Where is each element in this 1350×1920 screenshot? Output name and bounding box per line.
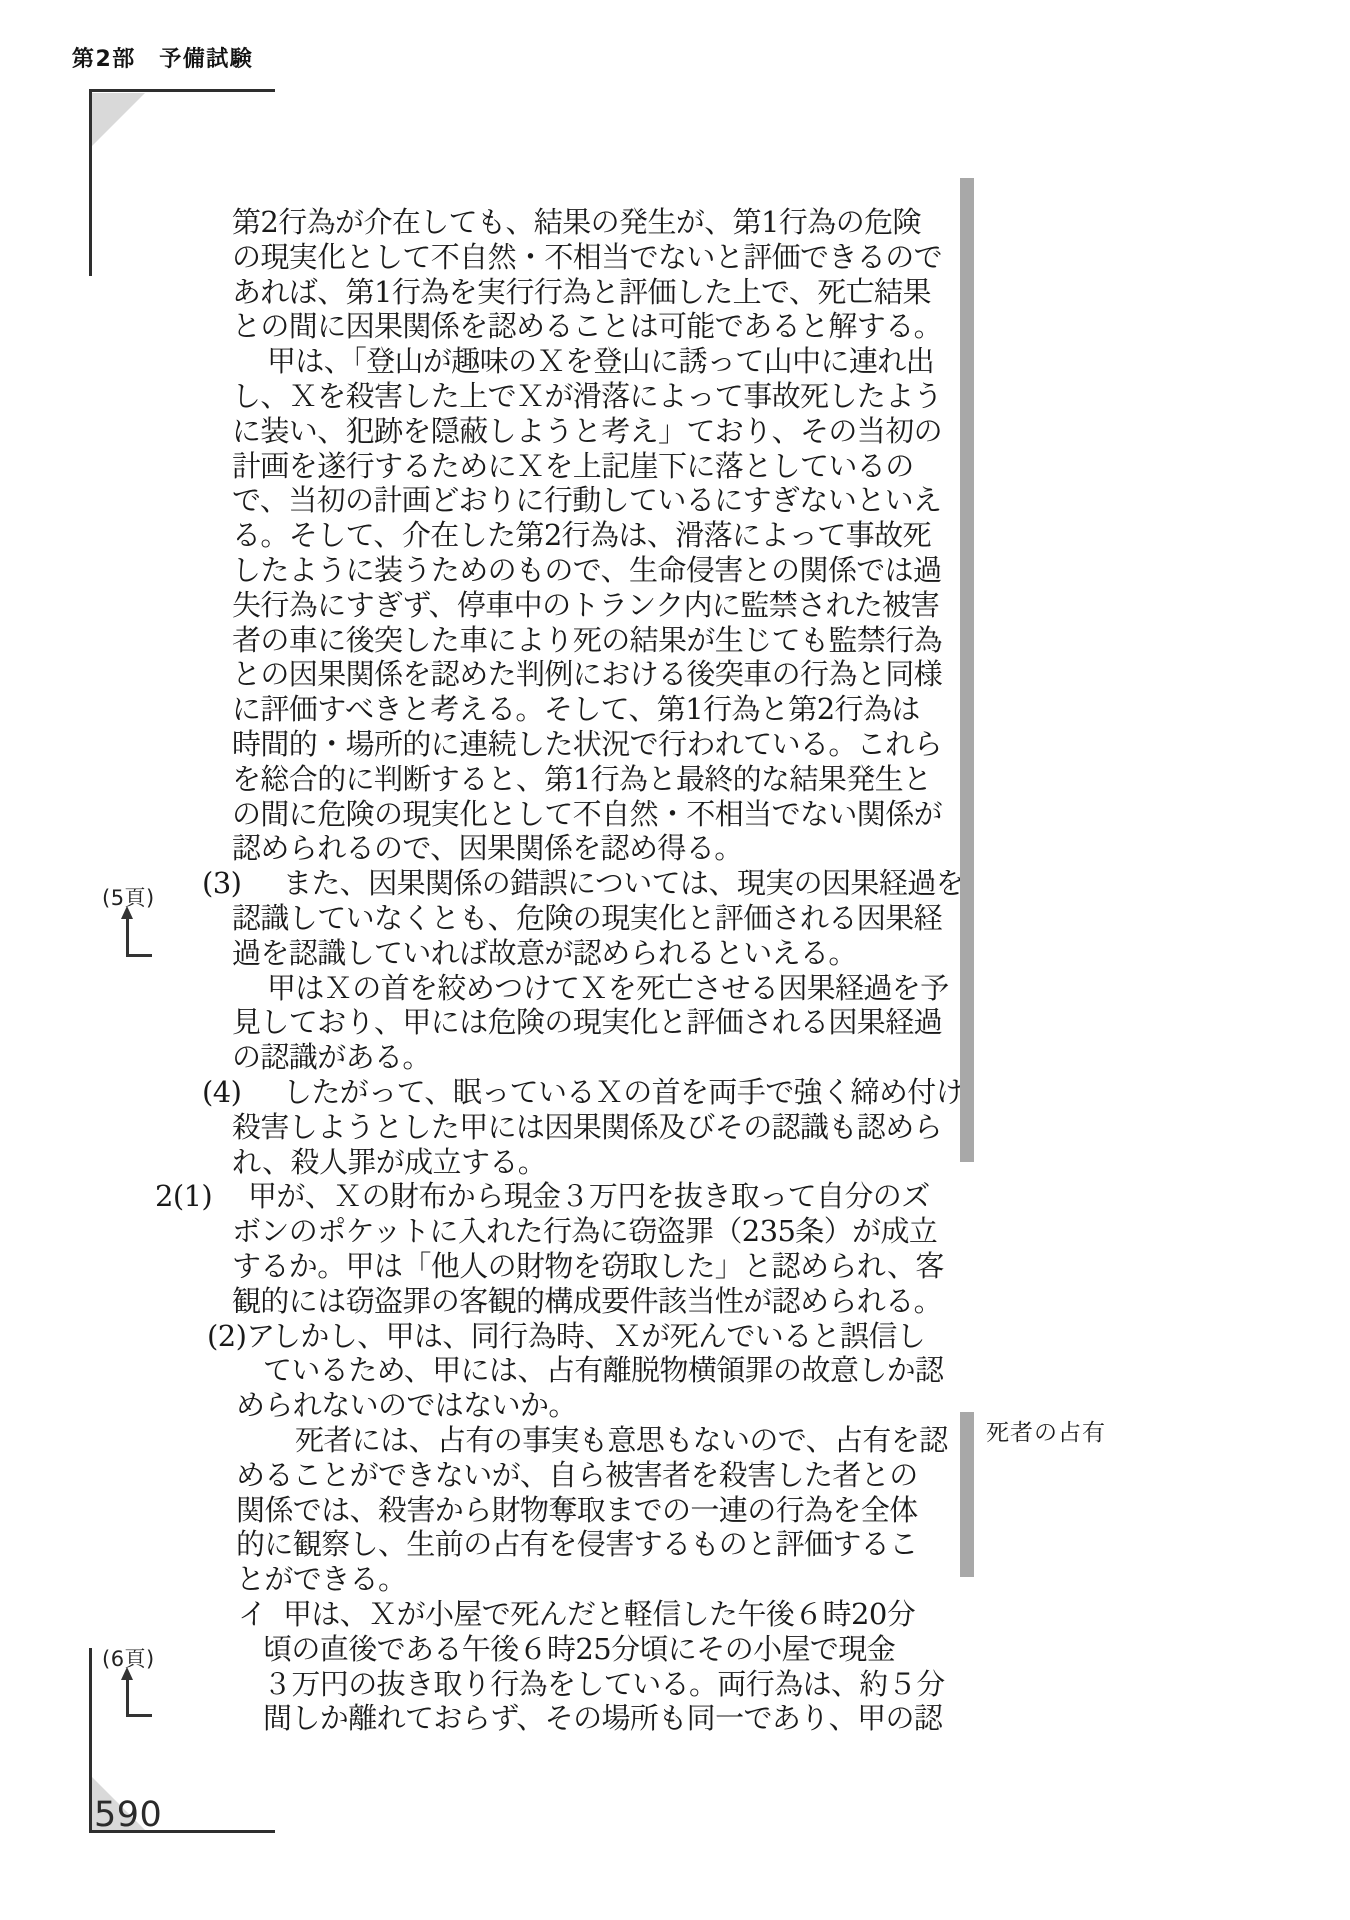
line-text: ボンのポケットに入れた行為に窃盗罪（235条）が成立 xyxy=(232,1215,937,1247)
text-line: に装い、犯跡を隠蔽しようと考え」ており、その当初の xyxy=(0,415,1350,447)
line-text: ３万円の抜き取り行為をしている。両行為は、約５分 xyxy=(263,1668,945,1700)
line-text: 殺害しようとした甲には因果関係及びその認識も認めら xyxy=(232,1111,942,1143)
line-text: 頃の直後である午後６時25分頃にその小屋で現金 xyxy=(263,1633,895,1665)
line-text: 者の車に後突した車により死の結果が生じても監禁行為 xyxy=(232,624,942,656)
line-text: し、Ｘを殺害した上でＸが滑落によって事故死したよう xyxy=(232,380,942,412)
page-ref-5-arrow-stem xyxy=(126,917,129,957)
text-line: ているため、甲には、占有離脱物横領罪の故意しか認 xyxy=(0,1354,1350,1386)
line-text: 過を認識していれば故意が認められるといえる。 xyxy=(232,937,857,969)
text-line: との因果関係を認めた判例における後突車の行為と同様 xyxy=(0,658,1350,690)
text-line: し、Ｘを殺害した上でＸが滑落によって事故死したよう xyxy=(0,380,1350,412)
text-line: めることができないが、自ら被害者を殺害した者との xyxy=(0,1459,1350,1491)
text-line: (3)また、因果関係の錯誤については、現実の因果経過を xyxy=(0,867,1350,899)
line-text: の間に危険の現実化として不自然・不相当でない関係が xyxy=(232,798,942,830)
line-text: 甲はＸの首を絞めつけてＸを死亡させる因果経過を予 xyxy=(267,972,949,1004)
text-line: (4)したがって、眠っているＸの首を両手で強く締め付け xyxy=(0,1076,1350,1108)
line-text: の認識がある。 xyxy=(232,1041,431,1073)
page-ref-6-arrow-foot xyxy=(126,1714,152,1717)
line-text: に評価すべきと考える。そして、第1行為と第2行為は xyxy=(232,693,920,725)
text-line: とができる。 xyxy=(0,1563,1350,1595)
text-line: の間に危険の現実化として不自然・不相当でない関係が xyxy=(0,798,1350,830)
page-root: 第2部 予備試験 第2行為が介在しても、結果の発生が、第1行為の危険の現実化とし… xyxy=(0,0,1350,1920)
text-line: 的に観察し、生前の占有を侵害するものと評価するこ xyxy=(0,1528,1350,1560)
answer-range-bar-1 xyxy=(960,178,974,1162)
text-line: の現実化として不自然・不相当でないと評価できるので xyxy=(0,241,1350,273)
text-line: 失行為にすぎず、停車中のトランク内に監禁された被害 xyxy=(0,589,1350,621)
line-text: 計画を遂行するためにＸを上記崖下に落としているの xyxy=(232,450,914,482)
text-line: れ、殺人罪が成立する。 xyxy=(0,1146,1350,1178)
line-text: あれば、第1行為を実行行為と評価した上で、死亡結果 xyxy=(232,276,931,308)
line-text: するか。甲は「他人の財物を窃取した」と認められ、客 xyxy=(232,1250,944,1282)
line-text: 時間的・場所的に連続した状況で行われている。これら xyxy=(232,728,942,760)
line-text: の現実化として不自然・不相当でないと評価できるので xyxy=(232,241,942,273)
line-text: められないのではないか。 xyxy=(236,1389,577,1421)
answer-range-bar-2 xyxy=(960,1412,974,1577)
line-text: 見しており、甲には危険の現実化と評価される因果経過 xyxy=(232,1006,942,1038)
line-text: との間に因果関係を認めることは可能であると解する。 xyxy=(232,310,942,342)
line-text: 関係では、殺害から財物奪取までの一連の行為を全体 xyxy=(236,1494,918,1526)
text-line: 過を認識していれば故意が認められるといえる。 xyxy=(0,937,1350,969)
page-ref-5-arrow-foot xyxy=(126,954,152,957)
text-line: 死者には、占有の事実も意思もないので、占有を認 xyxy=(0,1424,1350,1456)
text-line: 甲はＸの首を絞めつけてＸを死亡させる因果経過を予 xyxy=(0,972,1350,1004)
text-line: するか。甲は「他人の財物を窃取した」と認められ、客 xyxy=(0,1250,1350,1282)
text-line: 頃の直後である午後６時25分頃にその小屋で現金 xyxy=(0,1633,1350,1665)
text-line: る。そして、介在した第2行為は、滑落によって事故死 xyxy=(0,519,1350,551)
text-line: 甲は、「登山が趣味のＸを登山に誘って山中に連れ出 xyxy=(0,345,1350,377)
line-text: に装い、犯跡を隠蔽しようと考え」ており、その当初の xyxy=(232,415,942,447)
line-text: で、当初の計画どおりに行動しているにすぎないといえ xyxy=(232,484,941,516)
text-line: 観的には窃盗罪の客観的構成要件該当性が認められる。 xyxy=(0,1285,1350,1317)
text-line: 2(1)甲が、Ｘの財布から現金３万円を抜き取って自分のズ xyxy=(0,1180,1350,1212)
text-line: 計画を遂行するためにＸを上記崖下に落としているの xyxy=(0,450,1350,482)
text-line: 認められるので、因果関係を認め得る。 xyxy=(0,832,1350,864)
line-text: を総合的に判断すると、第1行為と最終的な結果発生と xyxy=(232,763,931,795)
text-line: を総合的に判断すると、第1行為と最終的な結果発生と xyxy=(0,763,1350,795)
top-horizontal-rule xyxy=(89,89,275,92)
line-text: 失行為にすぎず、停車中のトランク内に監禁された被害 xyxy=(232,589,939,621)
line-text: また、因果関係の錯誤については、現実の因果経過を xyxy=(283,867,964,899)
line-text: 甲は、「登山が趣味のＸを登山に誘って山中に連れ出 xyxy=(267,345,934,377)
text-line: 第2行為が介在しても、結果の発生が、第1行為の危険 xyxy=(0,206,1350,238)
text-line: で、当初の計画どおりに行動しているにすぎないといえ xyxy=(0,484,1350,516)
list-marker: (3) xyxy=(202,867,241,899)
text-line: したように装うためのもので、生命侵害との関係では過 xyxy=(0,554,1350,586)
list-marker: (2)ア xyxy=(207,1320,275,1352)
line-text: 認識していなくとも、危険の現実化と評価される因果経 xyxy=(232,902,942,934)
line-text: 間しか離れておらず、その場所も同一であり、甲の認 xyxy=(263,1702,942,1734)
line-text: との因果関係を認めた判例における後突車の行為と同様 xyxy=(232,658,942,690)
page-ref-6-arrow-stem xyxy=(126,1678,129,1716)
text-line: (2)アしかし、甲は、同行為時、Ｘが死んでいると誤信し xyxy=(0,1320,1350,1352)
top-corner-triangle xyxy=(92,93,145,146)
text-line: 殺害しようとした甲には因果関係及びその認識も認めら xyxy=(0,1111,1350,1143)
text-line: ボンのポケットに入れた行為に窃盗罪（235条）が成立 xyxy=(0,1215,1350,1247)
text-line: められないのではないか。 xyxy=(0,1389,1350,1421)
text-line: の認識がある。 xyxy=(0,1041,1350,1073)
list-marker: (4) xyxy=(202,1076,241,1108)
text-line: 認識していなくとも、危険の現実化と評価される因果経 xyxy=(0,902,1350,934)
line-text: 甲は、Ｘが小屋で死んだと軽信した午後６時20分 xyxy=(283,1598,915,1630)
line-text: る。そして、介在した第2行為は、滑落によって事故死 xyxy=(232,519,931,551)
text-line: との間に因果関係を認めることは可能であると解する。 xyxy=(0,310,1350,342)
text-line: 見しており、甲には危険の現実化と評価される因果経過 xyxy=(0,1006,1350,1038)
text-line: に評価すべきと考える。そして、第1行為と第2行為は xyxy=(0,693,1350,725)
line-text: 認められるので、因果関係を認め得る。 xyxy=(232,832,743,864)
line-text: 第2行為が介在しても、結果の発生が、第1行為の危険 xyxy=(232,206,921,238)
line-text: したがって、眠っているＸの首を両手で強く締め付け xyxy=(283,1076,964,1108)
page-header-title: 第2部 予備試験 xyxy=(72,42,253,73)
margin-note: 死者の占有 xyxy=(986,1414,1106,1447)
text-line: ３万円の抜き取り行為をしている。両行為は、約５分 xyxy=(0,1668,1350,1700)
page-number: 590 xyxy=(94,1795,162,1835)
line-text: 的に観察し、生前の占有を侵害するものと評価するこ xyxy=(236,1528,918,1560)
line-text: したように装うためのもので、生命侵害との関係では過 xyxy=(232,554,941,586)
line-text: ているため、甲には、占有離脱物横領罪の故意しか認 xyxy=(263,1354,943,1386)
line-text: れ、殺人罪が成立する。 xyxy=(232,1146,546,1178)
line-text: しかし、甲は、同行為時、Ｘが死んでいると誤信し xyxy=(272,1320,925,1352)
line-text: 甲が、Ｘの財布から現金３万円を抜き取って自分のズ xyxy=(248,1180,930,1212)
text-line: 時間的・場所的に連続した状況で行われている。これら xyxy=(0,728,1350,760)
text-line: 関係では、殺害から財物奪取までの一連の行為を全体 xyxy=(0,1494,1350,1526)
line-text: めることができないが、自ら被害者を殺害した者との xyxy=(236,1459,918,1491)
line-text: とができる。 xyxy=(236,1563,406,1595)
text-line: イ甲は、Ｘが小屋で死んだと軽信した午後６時20分 xyxy=(0,1598,1350,1630)
text-line: 間しか離れておらず、その場所も同一であり、甲の認 xyxy=(0,1702,1350,1734)
list-marker: 2(1) xyxy=(155,1180,212,1212)
line-text: 死者には、占有の事実も意思もないので、占有を認 xyxy=(295,1424,948,1456)
text-line: 者の車に後突した車により死の結果が生じても監禁行為 xyxy=(0,624,1350,656)
text-line: あれば、第1行為を実行行為と評価した上で、死亡結果 xyxy=(0,276,1350,308)
list-marker: イ xyxy=(238,1598,266,1630)
line-text: 観的には窃盗罪の客観的構成要件該当性が認められる。 xyxy=(232,1285,942,1317)
